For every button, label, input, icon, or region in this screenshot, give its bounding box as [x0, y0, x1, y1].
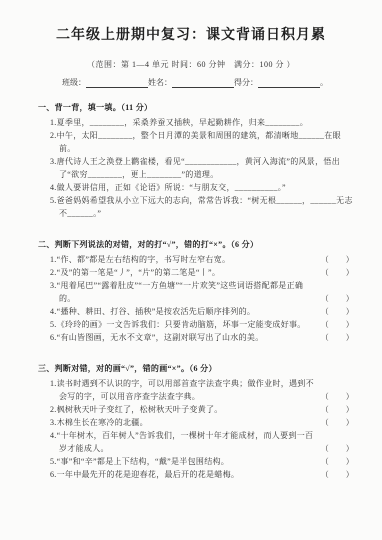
- question-item: 2.“及”的第一笔是“丿”，“片”的第二笔是“丨”。 （ ）: [50, 266, 354, 279]
- question-item: 6.“有山皆图画，无水不文章”，这副对联写出了山水的美。 （ ）: [50, 331, 354, 344]
- name-blank: [172, 80, 234, 88]
- question-text: 2.中午，太阳________，整个日月潭的美景和周围的建筑，都清晰地_____…: [50, 129, 354, 155]
- page-title: 二年级上册期中复习：课文背诵日积月累: [0, 0, 382, 44]
- section-2: 二、判断下列说法的对错，对的打“√”，错的打“×”。（6 分） 1.“作、都”都…: [0, 238, 382, 344]
- question-item: 6.一年中最先开的花是迎春花，最后开的花是蜡梅。 （ ）: [50, 468, 354, 481]
- section-heading: 三、判断对错，对的画“√”，错的画“×”。（6 分）: [38, 362, 352, 375]
- answer-brackets: （ ）: [321, 266, 354, 279]
- question-item: 5.爸爸妈妈希望我从小立下远大的志向，常常告诉我：“树无根______，____…: [50, 194, 354, 220]
- section-1: 一、背一背，填一填。（11 分） 1.夏季里，________，采桑养蚕又插秧，…: [0, 101, 382, 220]
- answer-brackets: （ ）: [321, 442, 354, 455]
- question-text: 1.“作、都”都是左右结构的字，书写时左窄右宽。: [50, 253, 315, 266]
- answer-brackets: （ ）: [321, 318, 354, 331]
- answer-brackets: （ ）: [321, 403, 354, 416]
- exam-paper: 二年级上册期中复习：课文背诵日积月累 （范围：第 1—4 单元 时间：60 分钟…: [0, 0, 382, 540]
- section-heading: 二、判断下列说法的对错，对的打“√”，错的打“×”。（6 分）: [38, 238, 352, 251]
- question-item: 1.“作、都”都是左右结构的字，书写时左窄右宽。 （ ）: [50, 253, 354, 266]
- class-blank: [86, 80, 148, 88]
- question-item: 2.中午，太阳________，整个日月潭的美景和周围的建筑，都清晰地_____…: [50, 129, 354, 155]
- section-3-items: 1.读书时遇到不认识的字，可以用部首查字法查字典；做作业时，遇到不会写的字，可以…: [50, 377, 354, 481]
- trailing-mark: 。: [320, 78, 328, 87]
- question-item: 4.做人要讲信用，正如《论语》所说：“与朋友交，__________。”: [50, 181, 354, 194]
- score-blank: [258, 80, 320, 88]
- question-text: 1.夏季里，________，采桑养蚕又插秧，早起勤耕作，归来________。: [50, 116, 354, 129]
- answer-brackets: （ ）: [321, 468, 354, 481]
- answer-brackets: （ ）: [321, 331, 354, 344]
- answer-brackets: （ ）: [321, 292, 354, 305]
- question-item: 2.枫树秋天叶子变红了，松树秋天叶子变黄了。 （ ）: [50, 403, 354, 416]
- question-item: 5.《玲玲的画》一文告诉我们：只要肯动脑筋，坏事一定能变成好事。 （ ）: [50, 318, 354, 331]
- answer-brackets: （ ）: [321, 390, 354, 403]
- class-label: 班级：: [62, 78, 86, 87]
- section-3: 三、判断对错，对的画“√”，错的画“×”。（6 分） 1.读书时遇到不认识的字，…: [0, 362, 382, 481]
- name-label: 姓名：: [148, 78, 172, 87]
- question-text: 6.“有山皆图画，无水不文章”，这副对联写出了山水的美。: [50, 331, 315, 344]
- question-text: 3.“甩着尾巴”“露着肚皮”“一方鱼塘”“一片欢笑”这些词语搭配都是正确的。: [50, 279, 315, 305]
- question-text: 2.枫树秋天叶子变红了，松树秋天叶子变黄了。: [50, 403, 315, 416]
- question-text: 4.“十年树木，百年树人”告诉我们，一棵树十年才能成材，而人要到一百岁才能成人。: [50, 429, 315, 455]
- question-text: 5.《玲玲的画》一文告诉我们：只要肯动脑筋，坏事一定能变成好事。: [50, 318, 315, 331]
- question-item: 3.木棉生长在寒冷的北疆。 （ ）: [50, 416, 354, 429]
- question-text: 3.木棉生长在寒冷的北疆。: [50, 416, 315, 429]
- question-item: 3.唐代诗人王之涣登上鹳雀楼，看见“____________，黄河入海流”的风景…: [50, 155, 354, 181]
- question-text: 4.“播种、耕田、打谷、插秧”是按农活先后顺序排列的。: [50, 305, 315, 318]
- score-label: 得分：: [234, 78, 258, 87]
- answer-brackets: （ ）: [321, 416, 354, 429]
- question-text: 3.唐代诗人王之涣登上鹳雀楼，看见“____________，黄河入海流”的风景…: [50, 155, 354, 181]
- answer-brackets: （ ）: [321, 253, 354, 266]
- question-item: 1.读书时遇到不认识的字，可以用部首查字法查字典；做作业时，遇到不会写的字，可以…: [50, 377, 354, 403]
- question-item: 1.夏季里，________，采桑养蚕又插秧，早起勤耕作，归来________。: [50, 116, 354, 129]
- section-1-items: 1.夏季里，________，采桑养蚕又插秧，早起勤耕作，归来________。…: [50, 116, 354, 220]
- exam-scope-info: （范围：第 1—4 单元 时间：60 分钟 满分：100 分 ）: [0, 59, 382, 70]
- section-heading: 一、背一背，填一填。（11 分）: [38, 101, 352, 114]
- question-text: 4.做人要讲信用，正如《论语》所说：“与朋友交，__________。”: [50, 181, 354, 194]
- question-item: 3.“甩着尾巴”“露着肚皮”“一方鱼塘”“一片欢笑”这些词语搭配都是正确的。 （…: [50, 279, 354, 305]
- answer-brackets: （ ）: [321, 455, 354, 468]
- question-text: 6.一年中最先开的花是迎春花，最后开的花是蜡梅。: [50, 468, 315, 481]
- question-text: 1.读书时遇到不认识的字，可以用部首查字法查字典；做作业时，遇到不会写的字，可以…: [50, 377, 315, 403]
- question-text: 5.爸爸妈妈希望我从小立下远大的志向，常常告诉我：“树无根______，____…: [50, 194, 354, 220]
- question-item: 4.“十年树木，百年树人”告诉我们，一棵树十年才能成材，而人要到一百岁才能成人。…: [50, 429, 354, 455]
- student-info-row: 班级：姓名：得分：。: [62, 77, 352, 88]
- question-text: 5.“事”和“辛”都是上下结构，“戴”是半包围结构。: [50, 455, 315, 468]
- answer-brackets: （ ）: [321, 305, 354, 318]
- question-item: 4.“播种、耕田、打谷、插秧”是按农活先后顺序排列的。 （ ）: [50, 305, 354, 318]
- section-2-items: 1.“作、都”都是左右结构的字，书写时左窄右宽。 （ ） 2.“及”的第一笔是“…: [50, 253, 354, 344]
- question-text: 2.“及”的第一笔是“丿”，“片”的第二笔是“丨”。: [50, 266, 315, 279]
- question-item: 5.“事”和“辛”都是上下结构，“戴”是半包围结构。 （ ）: [50, 455, 354, 468]
